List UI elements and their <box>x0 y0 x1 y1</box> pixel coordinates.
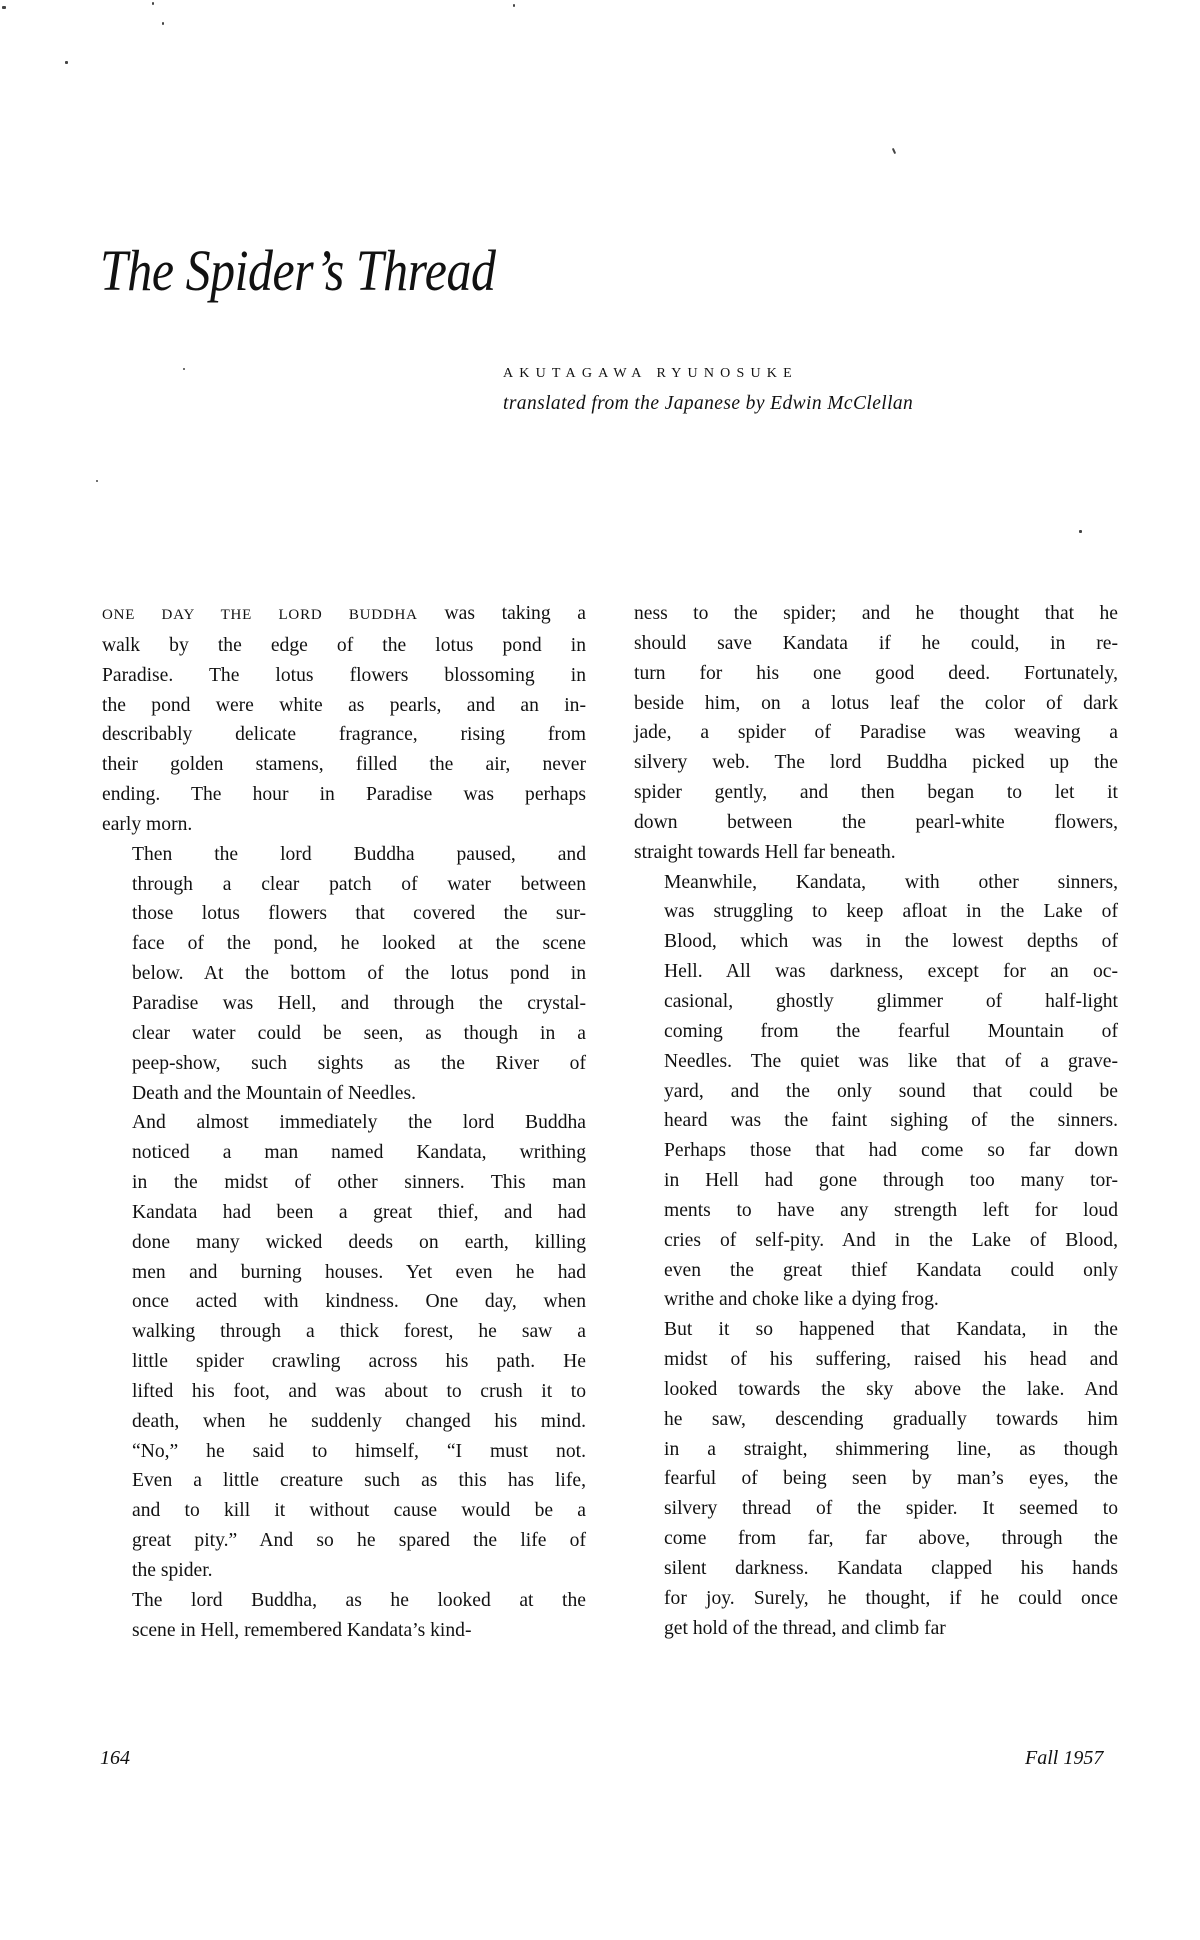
text-line: looked towards the sky above the lake. A… <box>634 1375 1118 1405</box>
scan-speck <box>183 368 185 370</box>
text-line: walking through a thick forest, he saw a <box>102 1317 586 1347</box>
text-line: casional, ghostly glimmer of half-light <box>634 987 1118 1017</box>
text-line: great pity.” And so he spared the life o… <box>102 1526 586 1556</box>
text-line: Hell. All was darkness, except for an oc… <box>634 957 1118 987</box>
text-line: lifted his foot, and was about to crush … <box>102 1377 586 1407</box>
text-line: “No,” he said to himself, “I must not. <box>102 1437 586 1467</box>
text-line: below. At the bottom of the lotus pond i… <box>102 959 586 989</box>
scan-speck <box>152 2 154 5</box>
text-line: through a clear patch of water between <box>102 870 586 900</box>
text-line: face of the pond, he looked at the scene <box>102 929 586 959</box>
paragraph: Meanwhile, Kandata, with other sinners,w… <box>634 868 1118 1316</box>
text-line: describably delicate fragrance, rising f… <box>102 720 586 750</box>
scan-speck <box>96 480 98 482</box>
scan-speck <box>65 61 68 64</box>
paragraph: But it so happened that Kandata, in them… <box>634 1315 1118 1643</box>
text-line: The lord Buddha, as he looked at the <box>102 1586 586 1616</box>
text-line: was struggling to keep afloat in the Lak… <box>634 897 1118 927</box>
scan-speck <box>513 4 515 7</box>
text-line: he saw, descending gradually towards him <box>634 1405 1118 1435</box>
scan-speck <box>1079 530 1082 533</box>
text-line: once acted with kindness. One day, when <box>102 1287 586 1317</box>
text-line: silent darkness. Kandata clapped his han… <box>634 1554 1118 1584</box>
text-line: Perhaps those that had come so far down <box>634 1136 1118 1166</box>
opening-small-caps: ONE DAY THE LORD BUDDHA <box>102 607 418 623</box>
text-line: jade, a spider of Paradise was weaving a <box>634 718 1118 748</box>
text-line: But it so happened that Kandata, in the <box>634 1315 1118 1345</box>
text-line: cries of self-pity. And in the Lake of B… <box>634 1226 1118 1256</box>
text-line: and to kill it without cause would be a <box>102 1496 586 1526</box>
text-line: ness to the spider; and he thought that … <box>634 599 1118 629</box>
text-line: ONE DAY THE LORD BUDDHA was taking a <box>102 599 586 631</box>
text-line: ments to have any strength left for loud <box>634 1196 1118 1226</box>
text-line: early morn. <box>102 810 586 840</box>
author-name: Akutagawa Ryunosuke <box>503 364 798 384</box>
text-line: clear water could be seen, as though in … <box>102 1019 586 1049</box>
text-line: yard, and the only sound that could be <box>634 1077 1118 1107</box>
opening-line-rest: was taking a <box>418 603 586 624</box>
text-line: even the great thief Kandata could only <box>634 1256 1118 1286</box>
text-line: get hold of the thread, and climb far <box>634 1614 1118 1644</box>
text-line: Kandata had been a great thief, and had <box>102 1198 586 1228</box>
text-line: midst of his suffering, raised his head … <box>634 1345 1118 1375</box>
text-line: ending. The hour in Paradise was perhaps <box>102 780 586 810</box>
text-line: Death and the Mountain of Needles. <box>102 1079 586 1109</box>
text-line: straight towards Hell far beneath. <box>634 838 1118 868</box>
article-title: The Spider’s Thread <box>100 236 496 306</box>
text-column-right: ness to the spider; and he thought that … <box>634 599 1118 1644</box>
text-line: men and burning houses. Yet even he had <box>102 1258 586 1288</box>
text-line: little spider crawling across his path. … <box>102 1347 586 1377</box>
text-line: silvery thread of the spider. It seemed … <box>634 1494 1118 1524</box>
text-line: writhe and choke like a dying frog. <box>634 1285 1118 1315</box>
text-line: noticed a man named Kandata, writhing <box>102 1138 586 1168</box>
text-line: come from far, far above, through the <box>634 1524 1118 1554</box>
text-line: And almost immediately the lord Buddha <box>102 1108 586 1138</box>
text-line: in a straight, shimmering line, as thoug… <box>634 1435 1118 1465</box>
text-line: in Hell had gone through too many tor- <box>634 1166 1118 1196</box>
scan-speck <box>2 6 6 9</box>
page-number: 164 <box>100 1746 130 1770</box>
text-line: Blood, which was in the lowest depths of <box>634 927 1118 957</box>
text-line: heard was the faint sighing of the sinne… <box>634 1106 1118 1136</box>
text-column-left: ONE DAY THE LORD BUDDHA was taking awalk… <box>102 599 586 1646</box>
text-line: turn for his one good deed. Fortunately, <box>634 659 1118 689</box>
text-line: those lotus flowers that covered the sur… <box>102 899 586 929</box>
scan-speck <box>162 22 164 25</box>
text-line: for joy. Surely, he thought, if he could… <box>634 1584 1118 1614</box>
text-line: walk by the edge of the lotus pond in <box>102 631 586 661</box>
paragraph: ONE DAY THE LORD BUDDHA was taking awalk… <box>102 599 586 840</box>
text-line: Paradise was Hell, and through the cryst… <box>102 989 586 1019</box>
text-line: down between the pearl-white flowers, <box>634 808 1118 838</box>
paragraph: And almost immediately the lord Buddhano… <box>102 1108 586 1586</box>
text-line: the spider. <box>102 1556 586 1586</box>
text-line: should save Kandata if he could, in re- <box>634 629 1118 659</box>
text-line: Even a little creature such as this has … <box>102 1466 586 1496</box>
text-line: scene in Hell, remembered Kandata’s kind… <box>102 1616 586 1646</box>
text-line: done many wicked deeds on earth, killing <box>102 1228 586 1258</box>
paragraph: Then the lord Buddha paused, andthrough … <box>102 840 586 1109</box>
text-line: Needles. The quiet was like that of a gr… <box>634 1047 1118 1077</box>
translator-credit: translated from the Japanese by Edwin Mc… <box>503 391 913 417</box>
text-line: their golden stamens, filled the air, ne… <box>102 750 586 780</box>
issue-date: Fall 1957 <box>1025 1746 1103 1770</box>
text-line: beside him, on a lotus leaf the color of… <box>634 689 1118 719</box>
text-line: fearful of being seen by man’s eyes, the <box>634 1464 1118 1494</box>
text-line: Then the lord Buddha paused, and <box>102 840 586 870</box>
paragraph: ness to the spider; and he thought that … <box>634 599 1118 868</box>
text-line: spider gently, and then began to let it <box>634 778 1118 808</box>
text-line: the pond were white as pearls, and an in… <box>102 691 586 721</box>
text-line: Paradise. The lotus flowers blossoming i… <box>102 661 586 691</box>
text-line: silvery web. The lord Buddha picked up t… <box>634 748 1118 778</box>
text-line: death, when he suddenly changed his mind… <box>102 1407 586 1437</box>
paragraph: The lord Buddha, as he looked at thescen… <box>102 1586 586 1646</box>
text-line: Meanwhile, Kandata, with other sinners, <box>634 868 1118 898</box>
scan-speck <box>892 148 896 154</box>
text-line: in the midst of other sinners. This man <box>102 1168 586 1198</box>
text-line: coming from the fearful Mountain of <box>634 1017 1118 1047</box>
text-line: peep-show, such sights as the River of <box>102 1049 586 1079</box>
